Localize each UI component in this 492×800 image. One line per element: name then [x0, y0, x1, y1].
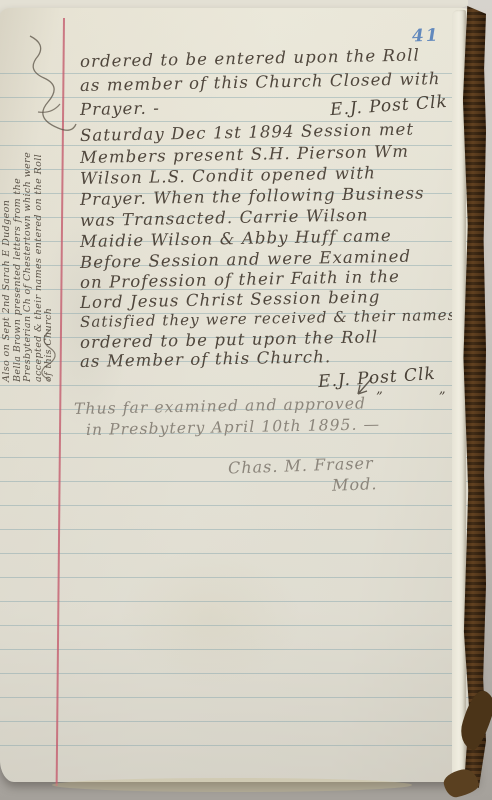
moderator-title: Mod.	[332, 474, 378, 495]
page-number: 41	[412, 26, 440, 47]
page-bottom-edge	[52, 778, 412, 792]
margin-note-line: Presbyterian Ch of Chestertown which wer…	[23, 44, 34, 382]
manuscript-line: Prayer. -	[80, 98, 160, 119]
margin-note-line: Also on Sept 2nd Sarah E Dudgeon	[2, 44, 13, 382]
page-fore-edge	[452, 10, 466, 780]
margin-note-line: of this Church	[44, 44, 55, 382]
ledger-page: 41 Also on Sept 2nd Sarah E Dudgeon Bell…	[0, 8, 478, 782]
margin-annotation: Also on Sept 2nd Sarah E Dudgeon Bella B…	[2, 44, 55, 382]
ledger-scan: 41 Also on Sept 2nd Sarah E Dudgeon Bell…	[0, 0, 492, 800]
